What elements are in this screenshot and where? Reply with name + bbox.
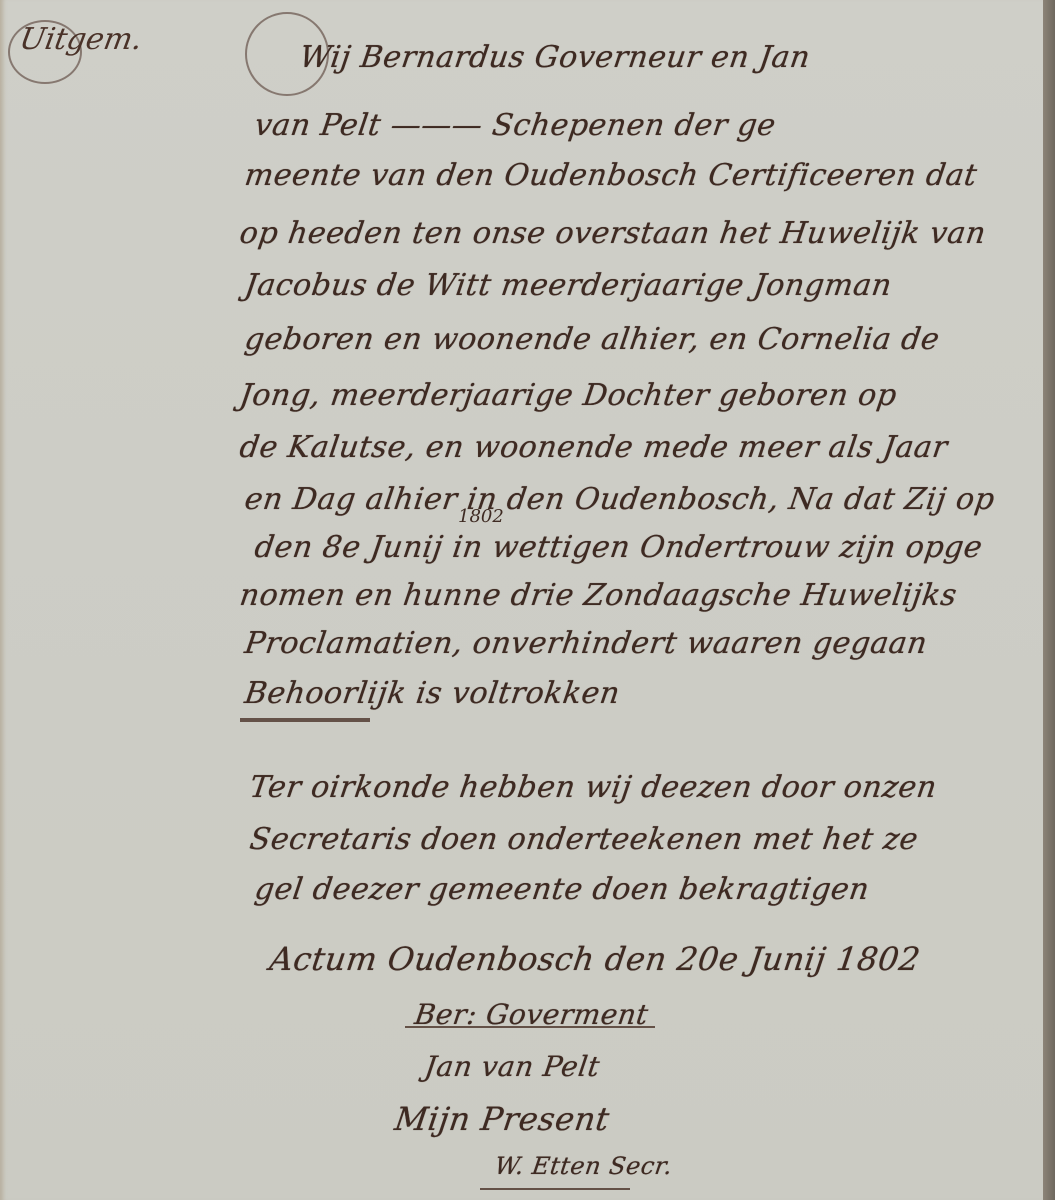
signature-underline (480, 1188, 630, 1190)
closing-line-3: gel deezer gemeente doen bekragtigen (253, 872, 872, 907)
body-line-2: van Pelt ——— Schepenen der ge (253, 108, 779, 143)
closing-line-1: Ter oirkonde hebben wij deezen door onze… (248, 770, 940, 805)
signature-secretary: W. Etten Secr. (493, 1152, 674, 1180)
signature-underline (405, 1026, 655, 1028)
body-line-12: Proclamatien, onverhindert waaren gegaan (243, 626, 930, 661)
body-line-13: Behoorlijk is voltrokken (243, 676, 623, 711)
document-page: Uitgem. Wij Bernardus Governeur en Jan v… (0, 0, 1043, 1200)
body-line-9: en Dag alhier in den Oudenbosch, Na dat … (243, 482, 997, 517)
signature-van-pelt: Jan van Pelt (423, 1050, 602, 1083)
year-insert: 1802 (458, 506, 504, 527)
body-line-10: den 8e Junij in wettigen Ondertrouw zijn… (253, 530, 985, 565)
closing-line-2: Secretaris doen onderteekenen met het ze (248, 822, 921, 857)
signature-present: Mijn Present (392, 1100, 612, 1138)
body-line-5: Jacobus de Witt meerderjaarige Jongman (243, 268, 895, 303)
margin-note: Uitgem. (17, 22, 145, 57)
body-line-7: Jong, meerderjaarige Dochter geboren op (238, 378, 900, 413)
page-edge (1043, 0, 1055, 1200)
body-line-4: op heeden ten onse overstaan het Huwelij… (238, 216, 989, 251)
body-line-8: de Kalutse, en woonende mede meer als Ja… (238, 430, 950, 465)
body-line-11: nomen en hunne drie Zondaagsche Huwelijk… (238, 578, 960, 613)
place-date-line: Actum Oudenbosch den 20e Junij 1802 (267, 940, 922, 978)
body-line-1: Wij Bernardus Governeur en Jan (298, 40, 813, 75)
body-line-6: geboren en woonende alhier, en Cornelia … (243, 322, 942, 357)
pen-stroke (240, 718, 370, 722)
body-line-3: meente van den Oudenbosch Certificeeren … (243, 158, 980, 193)
